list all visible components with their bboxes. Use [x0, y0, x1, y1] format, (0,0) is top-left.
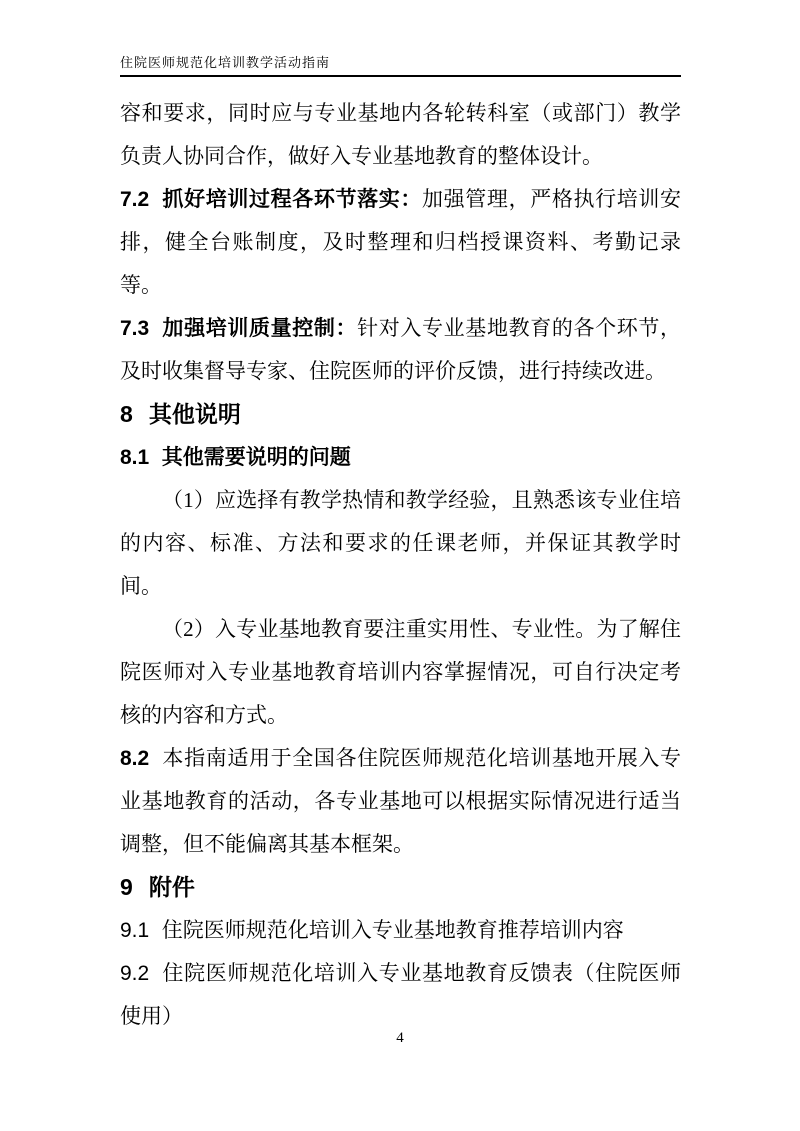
section-heading-9: 9附件	[120, 866, 681, 909]
document-body: 容和要求，同时应与专业基地内各轮转科室（或部门）教学负责人协同合作，做好入专业基…	[120, 92, 681, 1038]
page-number: 4	[396, 1030, 404, 1046]
section-heading-8-title: 其他说明	[149, 401, 241, 427]
clause-7-2-number: 7.2	[120, 188, 149, 211]
section-heading-8-1: 8.1其他需要说明的问题	[120, 436, 681, 479]
clause-8-2-number: 8.2	[120, 747, 149, 770]
clause-7-2-title: 抓好培训过程各环节落实：	[162, 187, 422, 211]
clause-8-2-text: 本指南适用于全国各住院医师规范化培训基地开展入专业基地教育的活动，各专业基地可以…	[120, 746, 681, 856]
section-heading-9-title: 附件	[149, 874, 195, 900]
section-heading-8-number: 8	[120, 401, 133, 427]
attachment-9-1-text: 住院医师规范化培训入专业基地教育推荐培训内容	[162, 918, 624, 942]
paragraph-8-1-item-1-text: （1）应选择有教学热情和教学经验，且熟悉该专业住培的内容、标准、方法和要求的任课…	[120, 488, 681, 598]
paragraph-8-1-item-2: （2）入专业基地教育要注重实用性、专业性。为了解住院医师对入专业基地教育培训内容…	[120, 608, 681, 737]
section-heading-8-1-title: 其他需要说明的问题	[162, 445, 351, 469]
attachment-9-2-number: 9.2	[120, 962, 149, 985]
section-heading-8-1-number: 8.1	[120, 446, 149, 469]
attachment-9-2: 9.2住院医师规范化培训入专业基地教育反馈表（住院医师使用）	[120, 952, 681, 1038]
attachment-9-1-number: 9.1	[120, 919, 149, 942]
clause-8-2: 8.2本指南适用于全国各住院医师规范化培训基地开展入专业基地教育的活动，各专业基…	[120, 737, 681, 866]
running-header-title: 住院医师规范化培训教学活动指南	[120, 55, 330, 70]
running-header: 住院医师规范化培训教学活动指南	[120, 52, 681, 77]
clause-7-2: 7.2抓好培训过程各环节落实：加强管理，严格执行培训安排，健全台账制度，及时整理…	[120, 178, 681, 307]
section-heading-8: 8其他说明	[120, 393, 681, 436]
page-footer: 4	[0, 1030, 800, 1047]
paragraph-8-1-item-1: （1）应选择有教学热情和教学经验，且熟悉该专业住培的内容、标准、方法和要求的任课…	[120, 479, 681, 608]
attachment-9-2-text: 住院医师规范化培训入专业基地教育反馈表（住院医师使用）	[120, 961, 681, 1028]
clause-7-3-title: 加强培训质量控制：	[162, 316, 357, 340]
section-heading-9-number: 9	[120, 874, 133, 900]
document-page: { "page": { "header": { "title": "住院医师规范…	[0, 0, 800, 1131]
attachment-9-1: 9.1住院医师规范化培训入专业基地教育推荐培训内容	[120, 909, 681, 952]
paragraph-8-1-item-2-text: （2）入专业基地教育要注重实用性、专业性。为了解住院医师对入专业基地教育培训内容…	[120, 617, 681, 727]
clause-7-3: 7.3加强培训质量控制：针对入专业基地教育的各个环节，及时收集督导专家、住院医师…	[120, 307, 681, 393]
paragraph-continuation-text: 容和要求，同时应与专业基地内各轮转科室（或部门）教学负责人协同合作，做好入专业基…	[120, 101, 681, 168]
clause-7-3-number: 7.3	[120, 317, 149, 340]
paragraph-continuation: 容和要求，同时应与专业基地内各轮转科室（或部门）教学负责人协同合作，做好入专业基…	[120, 92, 681, 178]
